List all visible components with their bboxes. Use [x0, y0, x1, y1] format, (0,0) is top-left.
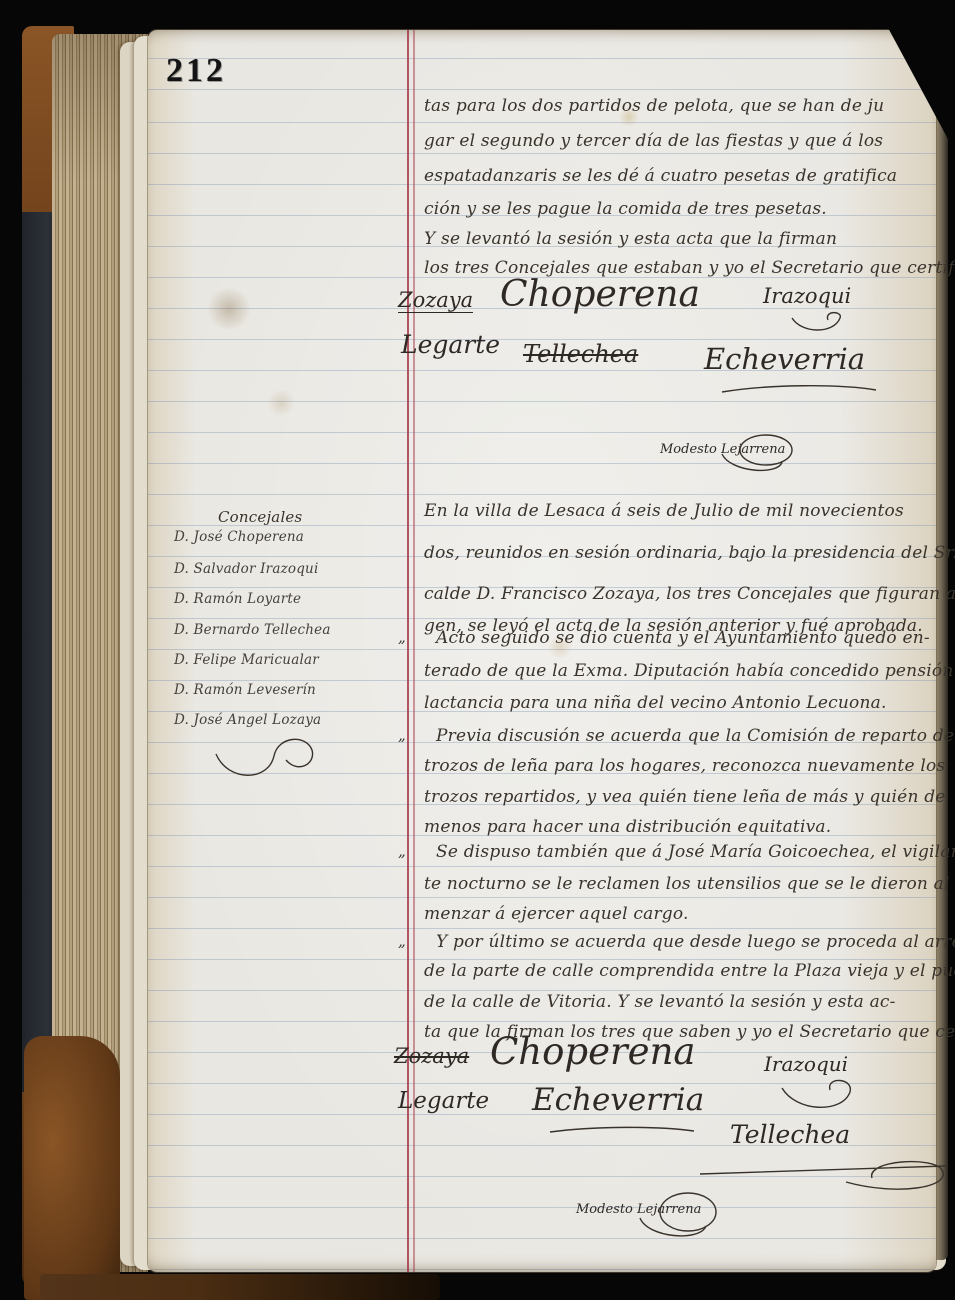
body-line: de la calle de Vitoria. Y se levantó la … — [424, 992, 896, 1012]
ledger-book-photo: 212 tas para los dos partidos de pelota,… — [0, 0, 955, 1300]
councilor-name: D. José Angel Lozaya — [174, 712, 321, 728]
councilor-name: D. Ramón Loyarte — [174, 591, 301, 607]
leather-corner — [24, 1036, 120, 1300]
body-line: lactancia para una niña del vecino Anton… — [424, 693, 887, 713]
handwriting-line: tas para los dos partidos de pelota, que… — [424, 96, 884, 116]
ink-stain — [206, 288, 252, 330]
councilors-heading: Concejales — [218, 508, 302, 526]
signature-irazoqui: Irazoqui — [763, 284, 851, 308]
rubric-flourish — [548, 1124, 698, 1138]
secretary-rubric — [720, 432, 794, 474]
body-line: Previa discusión se acuerda que la Comis… — [436, 726, 954, 746]
signature-echeverria: Echeverria — [704, 342, 865, 376]
handwriting-line: ción y se les pague la comida de tres pe… — [424, 199, 827, 219]
signature-legarte: Legarte — [398, 1088, 489, 1114]
rubric-flourish — [776, 1076, 866, 1116]
handwriting-line: espatadanzaris se les dé á cuatro peseta… — [424, 166, 897, 186]
councilor-name: D. Salvador Irazoqui — [174, 561, 318, 577]
body-line: menos para hacer una distribución equita… — [424, 817, 831, 837]
rubric-flourish — [696, 1152, 955, 1196]
body-line: trozos repartidos, y vea quién tiene leñ… — [424, 787, 946, 807]
councilor-name: D. Ramón Leveserín — [174, 682, 316, 698]
body-line: Se dispuso también que á José María Goic… — [436, 842, 955, 862]
leather-bottom-edge — [40, 1274, 440, 1300]
signature-zozaya: Zozaya — [398, 288, 473, 313]
paragraph-mark: „ — [398, 932, 406, 950]
signature-legarte: Legarte — [401, 330, 500, 359]
handwriting-line: Y se levantó la sesión y esta acta que l… — [424, 229, 837, 249]
signature-choperena: Choperena — [500, 274, 700, 315]
right-page-edge — [934, 44, 948, 1260]
secretary-rubric — [636, 1190, 720, 1240]
councilor-name: D. Bernardo Tellechea — [174, 622, 331, 638]
councilor-name: D. José Choperena — [174, 529, 304, 545]
signature-tellechea: Tellechea — [523, 340, 638, 368]
handwriting-line: gar el segundo y tercer día de las fiest… — [424, 131, 883, 151]
margin-rule-line — [413, 30, 415, 1272]
body-line: te nocturno se le reclamen los utensilio… — [424, 874, 955, 894]
signature-zozaya: Zozaya — [394, 1044, 469, 1068]
body-line: Y por último se acuerda que desde luego … — [436, 932, 955, 952]
body-line: terado de que la Exma. Diputación había … — [424, 661, 955, 681]
paragraph-mark: „ — [398, 628, 406, 646]
body-line: Acto seguido se dio cuenta y el Ayuntami… — [436, 628, 930, 648]
body-line: calde D. Francisco Zozaya, los tres Conc… — [424, 584, 955, 604]
body-line: dos, reunidos en sesión ordinaria, bajo … — [424, 543, 955, 563]
signature-choperena: Choperena — [490, 1030, 695, 1073]
rubric-flourish — [788, 310, 852, 336]
signature-tellechea: Tellechea — [730, 1120, 850, 1149]
margin-rule-line — [407, 30, 409, 1272]
body-line: de la parte de calle comprendida entre l… — [424, 961, 955, 981]
councilor-name: D. Felipe Maricualar — [174, 652, 319, 668]
page-number: 212 — [166, 52, 226, 90]
rubric-flourish — [210, 730, 340, 784]
signature-irazoqui: Irazoqui — [764, 1052, 848, 1076]
signature-echeverria: Echeverria — [532, 1082, 704, 1118]
body-line: En la villa de Lesaca á seis de Julio de… — [424, 501, 904, 521]
ledger-page: 212 tas para los dos partidos de pelota,… — [148, 30, 936, 1272]
paragraph-mark: „ — [398, 842, 406, 860]
body-line: trozos de leña para los hogares, reconoz… — [424, 756, 945, 776]
body-line: menzar á ejercer aquel cargo. — [424, 904, 689, 924]
paragraph-mark: „ — [398, 726, 406, 744]
rubric-flourish — [720, 382, 880, 398]
paper-stain — [266, 390, 296, 416]
